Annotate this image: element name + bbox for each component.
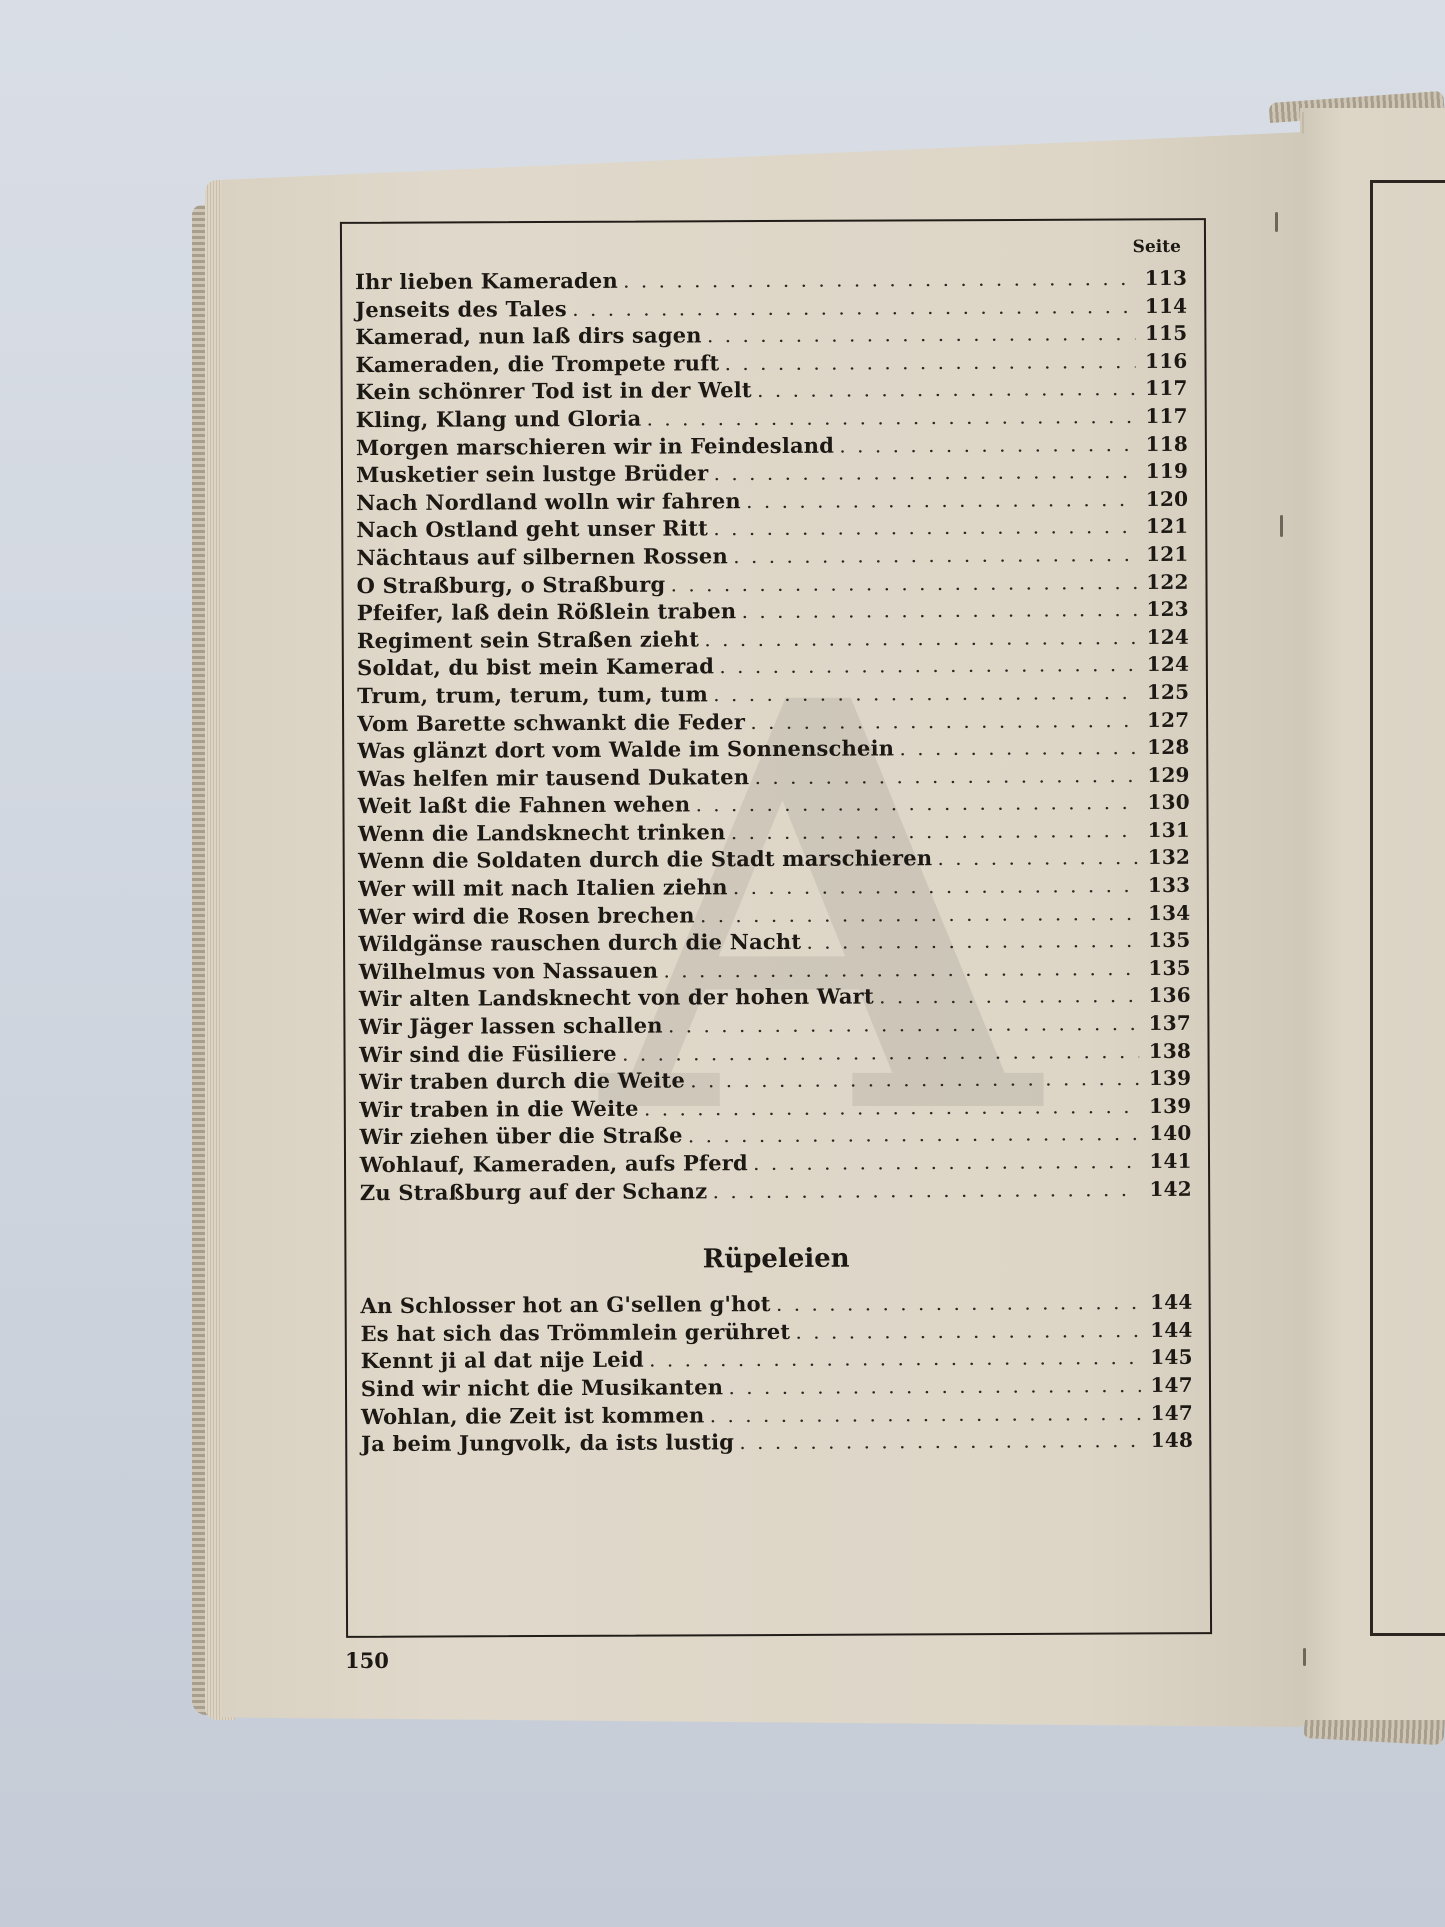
entry-title: Wenn die Landsknecht trinken xyxy=(358,818,726,848)
dot-leader xyxy=(623,1041,1139,1071)
entry-page-number: 141 xyxy=(1146,1148,1192,1176)
toc-list: Ihr lieben Kameraden113Jenseits des Tale… xyxy=(355,264,1192,1207)
toc-entry: Wenn die Soldaten durch die Stadt marsch… xyxy=(358,843,1190,875)
dot-leader xyxy=(720,654,1137,684)
entry-page-number: 113 xyxy=(1141,265,1187,293)
entry-title: Was helfen mir tausend Dukaten xyxy=(358,763,750,793)
entry-title: Wir alten Landsknecht von der hohen Wart xyxy=(359,983,874,1013)
toc-entry: Wer will mit nach Italien ziehn133 xyxy=(358,871,1190,903)
entry-title: Wir traben in die Weite xyxy=(359,1095,638,1124)
toc-entry: Was helfen mir tausend Dukaten129 xyxy=(358,761,1190,793)
dot-leader xyxy=(725,351,1135,381)
entry-title: Es hat sich das Trömmlein gerühret xyxy=(360,1318,790,1348)
entry-page-number: 136 xyxy=(1145,982,1191,1010)
toc-entry: Wir Jäger lassen schallen137 xyxy=(359,1009,1191,1041)
entry-title: Weit laßt die Fahnen wehen xyxy=(358,791,691,820)
entry-title: O Straßburg, o Straßburg xyxy=(357,570,666,599)
dot-leader xyxy=(938,848,1138,877)
dot-leader xyxy=(755,765,1137,795)
toc-entry: Kennt ji al dat nije Leid145 xyxy=(361,1343,1193,1375)
dot-leader xyxy=(713,1179,1140,1209)
dot-leader xyxy=(796,1320,1140,1349)
dot-leader xyxy=(714,516,1136,546)
entry-title: Kein schönrer Tod ist in der Welt xyxy=(356,376,752,406)
entry-page-number: 122 xyxy=(1143,568,1189,596)
entry-title: Ihr lieben Kameraden xyxy=(355,267,618,296)
entry-page-number: 140 xyxy=(1145,1120,1191,1148)
toc-entry: Morgen marschieren wir in Feindesland118 xyxy=(356,429,1188,461)
entry-page-number: 116 xyxy=(1141,348,1187,376)
entry-title: Wohlan, die Zeit ist kommen xyxy=(361,1401,705,1430)
dot-leader xyxy=(645,1096,1140,1126)
entry-title: Wir Jäger lassen schallen xyxy=(359,1012,663,1041)
entry-page-number: 115 xyxy=(1141,320,1187,348)
toc-entry: An Schlosser hot an G'sellen g'hot144 xyxy=(360,1288,1192,1320)
dot-leader xyxy=(689,1123,1140,1153)
entry-page-number: 130 xyxy=(1144,789,1190,817)
entry-page-number: 123 xyxy=(1143,596,1189,624)
entry-page-number: 124 xyxy=(1143,651,1189,679)
entry-page-number: 147 xyxy=(1147,1372,1193,1400)
entry-title: Trum, trum, terum, tum, tum xyxy=(357,680,708,709)
entry-page-number: 128 xyxy=(1143,734,1189,762)
entry-title: Musketier sein lustge Brüder xyxy=(356,459,708,488)
dot-leader xyxy=(696,792,1138,822)
toc-entry: Wildgänse rauschen durch die Nacht135 xyxy=(358,926,1190,958)
entry-page-number: 121 xyxy=(1142,513,1188,541)
entry-title: An Schlosser hot an G'sellen g'hot xyxy=(360,1290,770,1320)
entry-title: Soldat, du bist mein Kamerad xyxy=(357,653,714,682)
dot-leader xyxy=(650,1347,1141,1377)
table-of-contents: Seite Ihr lieben Kameraden113Jenseits de… xyxy=(355,230,1193,1458)
entry-page-number: 139 xyxy=(1145,1065,1191,1093)
entry-page-number: 135 xyxy=(1144,927,1190,955)
dot-leader xyxy=(669,1013,1139,1043)
dot-leader xyxy=(880,986,1139,1015)
toc-entry: Ihr lieben Kameraden113 xyxy=(355,264,1187,296)
entry-page-number: 124 xyxy=(1143,624,1189,652)
entry-title: Vom Barette schwankt die Feder xyxy=(357,708,745,738)
entry-title: Was glänzt dort vom Walde im Sonnenschei… xyxy=(357,734,894,764)
entry-page-number: 134 xyxy=(1144,899,1190,927)
entry-page-number: 145 xyxy=(1147,1344,1193,1372)
entry-page-number: 129 xyxy=(1144,762,1190,790)
entry-page-number: 117 xyxy=(1142,375,1188,403)
facing-page-frame xyxy=(1370,180,1445,1636)
entry-title: Wenn die Soldaten durch die Stadt marsch… xyxy=(358,845,932,876)
page-column-header: Seite xyxy=(355,230,1187,268)
entry-title: Nach Ostland geht unser Ritt xyxy=(356,515,708,544)
entry-page-number: 131 xyxy=(1144,817,1190,845)
section-heading: Rüpeleien xyxy=(360,1240,1192,1278)
toc-entry: Es hat sich das Trömmlein gerühret144 xyxy=(360,1316,1192,1348)
entry-page-number: 138 xyxy=(1145,1037,1191,1065)
entry-title: Regiment sein Straßen zieht xyxy=(357,625,699,654)
binding-thread xyxy=(1275,212,1278,232)
section-toc-list: An Schlosser hot an G'sellen g'hot144Es … xyxy=(360,1288,1193,1458)
dot-leader xyxy=(710,1403,1141,1433)
dot-leader xyxy=(900,737,1137,766)
entry-page-number: 114 xyxy=(1141,292,1187,320)
entry-page-number: 148 xyxy=(1147,1427,1193,1455)
entry-page-number: 144 xyxy=(1146,1317,1192,1345)
entry-title: Kamerad, nun laß dirs sagen xyxy=(355,322,702,351)
dot-leader xyxy=(740,1430,1141,1460)
entry-page-number: 133 xyxy=(1144,872,1190,900)
dot-leader xyxy=(729,1375,1141,1405)
binding-thread xyxy=(1280,515,1283,537)
entry-title: Wer will mit nach Italien ziehn xyxy=(358,873,728,903)
entry-title: Jenseits des Tales xyxy=(355,295,567,324)
dot-leader xyxy=(708,323,1136,353)
binding-thread xyxy=(1303,1648,1306,1666)
dot-leader xyxy=(734,544,1137,574)
toc-entry: Musketier sein lustge Brüder119 xyxy=(356,457,1188,489)
entry-title: Wohlauf, Kameraden, aufs Pferd xyxy=(360,1149,748,1179)
entry-title: Morgen marschieren wir in Feindesland xyxy=(356,431,834,461)
entry-title: Wir ziehen über die Straße xyxy=(359,1122,682,1151)
page-number: 150 xyxy=(345,1648,389,1673)
entry-page-number: 147 xyxy=(1147,1399,1193,1427)
dot-leader xyxy=(691,1068,1139,1098)
entry-title: Kling, Klang und Gloria xyxy=(356,405,642,434)
entry-page-number: 120 xyxy=(1142,486,1188,514)
entry-page-number: 127 xyxy=(1143,706,1189,734)
entry-title: Nächtaus auf silbernen Rossen xyxy=(356,542,728,572)
entry-page-number: 118 xyxy=(1142,430,1188,458)
toc-entry: Wir alten Landsknecht von der hohen Wart… xyxy=(359,981,1191,1013)
entry-title: Nach Nordland wolln wir fahren xyxy=(356,487,741,517)
dot-leader xyxy=(624,268,1135,298)
dot-leader xyxy=(742,599,1137,629)
dot-leader xyxy=(705,627,1137,657)
dot-leader xyxy=(714,461,1136,491)
toc-entry: Wilhelmus von Nassauen135 xyxy=(359,954,1191,986)
dot-leader xyxy=(807,930,1138,959)
entry-title: Wilhelmus von Nassauen xyxy=(359,956,659,985)
entry-page-number: 139 xyxy=(1145,1093,1191,1121)
dot-leader xyxy=(714,682,1137,712)
entry-title: Wildgänse rauschen durch die Nacht xyxy=(358,928,801,958)
entry-title: Zu Straßburg auf der Schanz xyxy=(360,1177,708,1206)
entry-title: Kennt ji al dat nije Leid xyxy=(361,1346,644,1375)
dot-leader xyxy=(840,434,1136,463)
entry-title: Wer wird die Rosen brechen xyxy=(358,901,694,930)
dot-leader xyxy=(777,1292,1141,1321)
entry-page-number: 142 xyxy=(1146,1175,1192,1203)
entry-title: Wir sind die Füsiliere xyxy=(359,1039,617,1068)
entry-page-number: 135 xyxy=(1145,955,1191,983)
dot-leader xyxy=(747,489,1137,519)
entry-title: Sind wir nicht die Musikanten xyxy=(361,1373,723,1402)
entry-page-number: 137 xyxy=(1145,1010,1191,1038)
entry-page-number: 117 xyxy=(1142,403,1188,431)
toc-entry: Was glänzt dort vom Walde im Sonnenschei… xyxy=(357,733,1189,765)
entry-page-number: 144 xyxy=(1146,1289,1192,1317)
entry-title: Pfeifer, laß dein Rößlein traben xyxy=(357,597,737,627)
entry-page-number: 121 xyxy=(1142,541,1188,569)
dot-leader xyxy=(754,1151,1140,1181)
entry-title: Kameraden, die Trompete ruft xyxy=(355,349,719,378)
entry-page-number: 119 xyxy=(1142,458,1188,486)
dot-leader xyxy=(734,875,1139,905)
entry-title: Ja beim Jungvolk, da ists lustig xyxy=(361,1428,734,1458)
entry-page-number: 132 xyxy=(1144,844,1190,872)
entry-page-number: 125 xyxy=(1143,679,1189,707)
dot-leader xyxy=(671,572,1136,602)
dot-leader xyxy=(758,378,1136,408)
entry-title: Wir traben durch die Weite xyxy=(359,1067,685,1096)
